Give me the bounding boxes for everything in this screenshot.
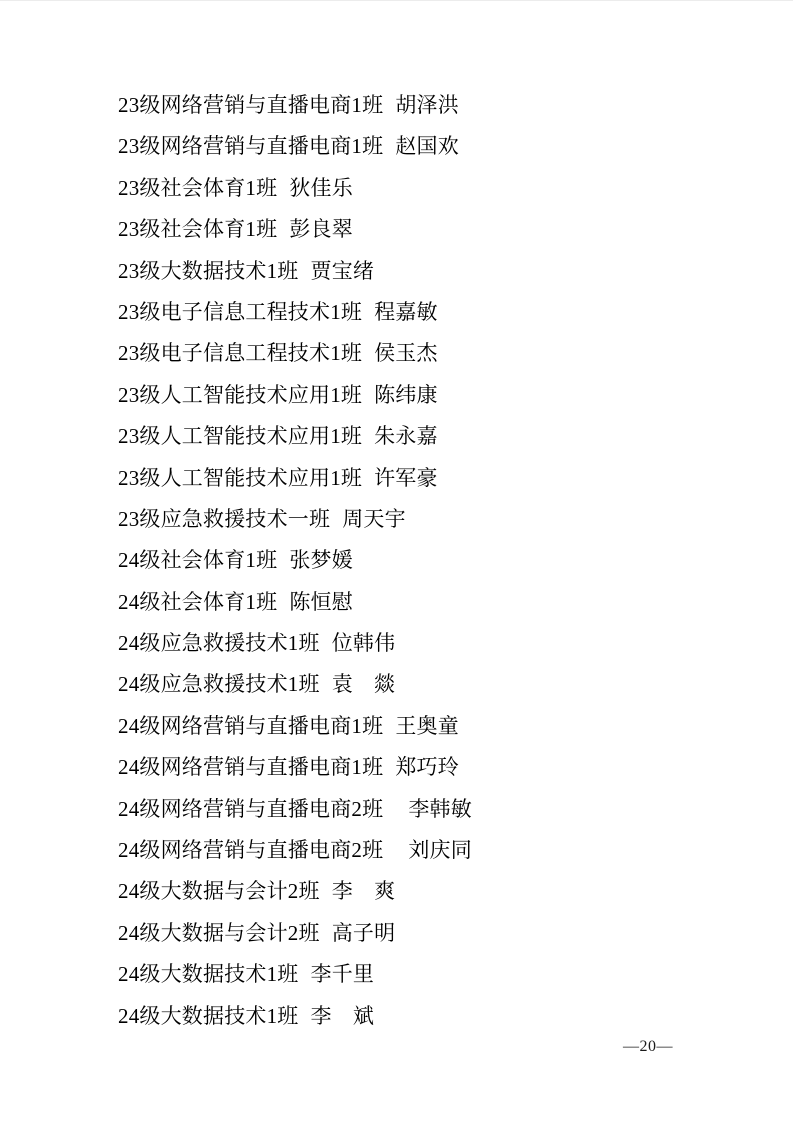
class-label: 24级大数据与会计2班 <box>118 913 320 954</box>
roster-line: 23级人工智能技术应用1班陈纬康 <box>118 375 713 416</box>
roster-line: 24级网络营销与直播电商1班王奥童 <box>118 706 713 747</box>
roster-line: 23级应急救援技术一班周天宇 <box>118 499 713 540</box>
roster-line: 23级电子信息工程技术1班侯玉杰 <box>118 333 713 374</box>
roster-line: 23级网络营销与直播电商1班胡泽洪 <box>118 85 713 126</box>
student-name: 位韩伟 <box>332 623 396 664</box>
class-label: 23级人工智能技术应用1班 <box>118 375 362 416</box>
student-name: 贾宝绪 <box>311 251 375 292</box>
roster-line: 23级大数据技术1班贾宝绪 <box>118 251 713 292</box>
class-label: 24级应急救援技术1班 <box>118 664 320 705</box>
roster-line: 24级社会体育1班陈恒慰 <box>118 582 713 623</box>
roster-line: 24级网络营销与直播电商2班刘庆同 <box>118 830 713 871</box>
roster-line: 24级网络营销与直播电商1班郑巧玲 <box>118 747 713 788</box>
roster-line: 24级大数据与会计2班高子明 <box>118 913 713 954</box>
class-label: 23级电子信息工程技术1班 <box>118 333 362 374</box>
roster-line: 23级人工智能技术应用1班许军豪 <box>118 458 713 499</box>
student-name: 彭良翠 <box>289 209 353 250</box>
class-label: 23级应急救援技术一班 <box>118 499 330 540</box>
student-name: 朱永嘉 <box>374 416 438 457</box>
class-label: 24级大数据与会计2班 <box>118 871 320 912</box>
roster-line: 23级社会体育1班彭良翠 <box>118 209 713 250</box>
roster-line: 24级大数据技术1班李 斌 <box>118 996 713 1037</box>
class-label: 24级社会体育1班 <box>118 582 277 623</box>
roster-line: 24级大数据与会计2班李 爽 <box>118 871 713 912</box>
student-name: 陈纬康 <box>374 375 438 416</box>
document-page: 23级网络营销与直播电商1班胡泽洪 23级网络营销与直播电商1班赵国欢 23级社… <box>0 1 793 1123</box>
student-name: 高子明 <box>332 913 396 954</box>
student-name: 赵国欢 <box>395 126 459 167</box>
student-name: 袁 燚 <box>332 664 396 705</box>
roster-line: 23级人工智能技术应用1班朱永嘉 <box>118 416 713 457</box>
class-label: 24级大数据技术1班 <box>118 954 299 995</box>
roster-line: 24级应急救援技术1班位韩伟 <box>118 623 713 664</box>
class-label: 23级人工智能技术应用1班 <box>118 458 362 499</box>
roster-line: 24级应急救援技术1班袁 燚 <box>118 664 713 705</box>
student-name: 陈恒慰 <box>289 582 353 623</box>
student-name: 李 斌 <box>311 996 375 1037</box>
class-label: 23级网络营销与直播电商1班 <box>118 126 383 167</box>
class-label: 23级网络营销与直播电商1班 <box>118 85 383 126</box>
student-name: 李 爽 <box>332 871 396 912</box>
roster-line: 23级网络营销与直播电商1班赵国欢 <box>118 126 713 167</box>
class-label: 24级网络营销与直播电商2班 <box>118 830 383 871</box>
student-name: 程嘉敏 <box>374 292 438 333</box>
student-name: 许军豪 <box>374 458 438 499</box>
roster-line: 24级社会体育1班张梦媛 <box>118 540 713 581</box>
student-roster-list: 23级网络营销与直播电商1班胡泽洪 23级网络营销与直播电商1班赵国欢 23级社… <box>118 85 713 1037</box>
student-name: 侯玉杰 <box>374 333 438 374</box>
class-label: 23级大数据技术1班 <box>118 251 299 292</box>
class-label: 24级网络营销与直播电商1班 <box>118 706 383 747</box>
student-name: 刘庆同 <box>408 830 472 871</box>
class-label: 24级社会体育1班 <box>118 540 277 581</box>
class-label: 23级电子信息工程技术1班 <box>118 292 362 333</box>
student-name: 张梦媛 <box>289 540 353 581</box>
student-name: 周天宇 <box>342 499 406 540</box>
student-name: 胡泽洪 <box>395 85 459 126</box>
class-label: 24级网络营销与直播电商1班 <box>118 747 383 788</box>
page-number: —20— <box>623 1037 673 1057</box>
roster-line: 24级网络营销与直播电商2班李韩敏 <box>118 789 713 830</box>
roster-line: 23级社会体育1班狄佳乐 <box>118 168 713 209</box>
student-name: 李千里 <box>311 954 375 995</box>
class-label: 23级人工智能技术应用1班 <box>118 416 362 457</box>
roster-line: 23级电子信息工程技术1班程嘉敏 <box>118 292 713 333</box>
class-label: 24级大数据技术1班 <box>118 996 299 1037</box>
class-label: 24级网络营销与直播电商2班 <box>118 789 383 830</box>
student-name: 李韩敏 <box>408 789 472 830</box>
class-label: 23级社会体育1班 <box>118 209 277 250</box>
student-name: 郑巧玲 <box>395 747 459 788</box>
class-label: 23级社会体育1班 <box>118 168 277 209</box>
student-name: 王奥童 <box>395 706 459 747</box>
student-name: 狄佳乐 <box>289 168 353 209</box>
class-label: 24级应急救援技术1班 <box>118 623 320 664</box>
roster-line: 24级大数据技术1班李千里 <box>118 954 713 995</box>
